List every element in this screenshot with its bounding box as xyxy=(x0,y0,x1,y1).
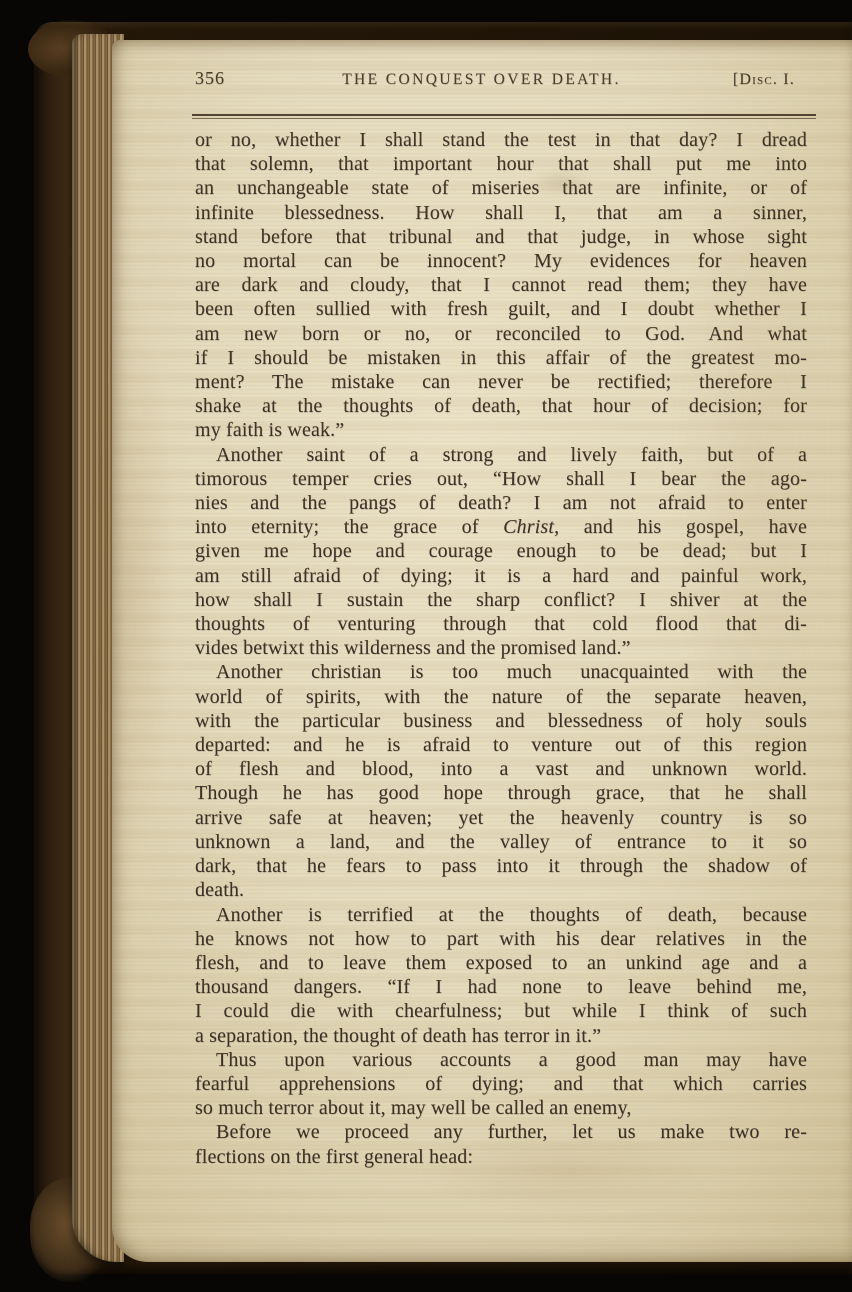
text-line: world of spirits, with the nature of the… xyxy=(195,685,807,709)
text-line: no mortal can be innocent? My evidences … xyxy=(195,249,807,273)
text-line: a separation, the thought of death has t… xyxy=(195,1024,807,1048)
header-rule xyxy=(192,114,816,119)
text-line: Before we proceed any further, let us ma… xyxy=(195,1120,807,1144)
text-line: of flesh and blood, into a vast and unkn… xyxy=(195,757,807,781)
text-line: nies and the pangs of death? I am not af… xyxy=(195,491,807,515)
text-line: with the particular business and blessed… xyxy=(195,709,807,733)
text-line: ment? The mistake can never be rectified… xyxy=(195,370,807,394)
running-title: THE CONQUEST OVER DEATH. xyxy=(300,71,663,89)
text-line: Another saint of a strong and lively fai… xyxy=(195,443,807,467)
text-line: vides betwixt this wilderness and the pr… xyxy=(195,636,807,660)
text-line: I could die with chearfulness; but while… xyxy=(195,999,807,1023)
text-line: am still afraid of dying; it is a hard a… xyxy=(195,564,807,588)
text-line: are dark and cloudy, that I cannot read … xyxy=(195,273,807,297)
text-line: fearful apprehensions of dying; and that… xyxy=(195,1072,807,1096)
text-line: if I should be mistaken in this affair o… xyxy=(195,346,807,370)
text-line: so much terror about it, may well be cal… xyxy=(195,1096,807,1120)
text-line: thousand dangers. “If I had none to leav… xyxy=(195,975,807,999)
text-block: or no, whether I shall stand the test in… xyxy=(195,128,807,1169)
page-header: 356 THE CONQUEST OVER DEATH. [Disc. I. xyxy=(195,68,809,89)
text-line: shake at the thoughts of death, that hou… xyxy=(195,394,807,418)
discourse-label: [Disc. I. xyxy=(663,71,809,89)
text-line: arrive safe at heaven; yet the heavenly … xyxy=(195,806,807,830)
text-line: stand before that tribunal and that judg… xyxy=(195,225,807,249)
text-line: into eternity; the grace of Christ, and … xyxy=(195,515,807,539)
text-line: unknown a land, and the valley of entran… xyxy=(195,830,807,854)
text-line: Thus upon various accounts a good man ma… xyxy=(195,1048,807,1072)
text-line: flesh, and to leave them exposed to an u… xyxy=(195,951,807,975)
text-line: that solemn, that important hour that sh… xyxy=(195,152,807,176)
header-rule-thin xyxy=(192,118,816,119)
text-line: death. xyxy=(195,878,807,902)
text-line: he knows not how to part with his dear r… xyxy=(195,927,807,951)
text-line: or no, whether I shall stand the test in… xyxy=(195,128,807,152)
text-line: thoughts of venturing through that cold … xyxy=(195,612,807,636)
text-line: Though he has good hope through grace, t… xyxy=(195,781,807,805)
text-line: infinite blessedness. How shall I, that … xyxy=(195,201,807,225)
text-line: departed: and he is afraid to venture ou… xyxy=(195,733,807,757)
text-line: timorous temper cries out, “How shall I … xyxy=(195,467,807,491)
text-line: Another is terrified at the thoughts of … xyxy=(195,903,807,927)
photo-background: 356 THE CONQUEST OVER DEATH. [Disc. I. o… xyxy=(0,0,852,1292)
text-line: Another christian is too much unacquaint… xyxy=(195,660,807,684)
text-line: given me hope and courage enough to be d… xyxy=(195,539,807,563)
page-number: 356 xyxy=(195,68,300,89)
text-line: how shall I sustain the sharp conflict? … xyxy=(195,588,807,612)
text-line: am new born or no, or reconciled to God.… xyxy=(195,322,807,346)
book-page: 356 THE CONQUEST OVER DEATH. [Disc. I. o… xyxy=(112,40,852,1262)
text-line: flections on the first general head: xyxy=(195,1145,807,1169)
text-line: my faith is weak.” xyxy=(195,418,807,442)
text-line: dark, that he fears to pass into it thro… xyxy=(195,854,807,878)
text-line: an unchangeable state of miseries that a… xyxy=(195,176,807,200)
text-line: been often sullied with fresh guilt, and… xyxy=(195,297,807,321)
